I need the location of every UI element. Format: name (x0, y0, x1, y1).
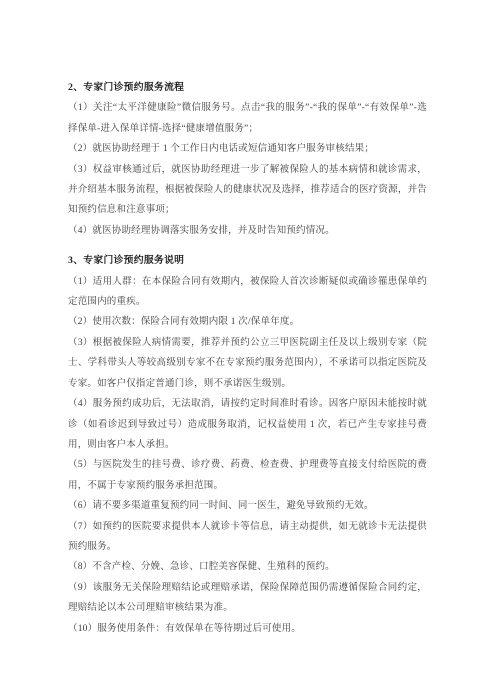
paragraph: （4）服务预约成功后，无法取消，请按约定时间准时看诊。因客户原因未能按时就诊（如… (68, 394, 427, 455)
paragraph: （8）不含产检、分娩、急诊、口腔美容保健、生殖科的预约。 (68, 557, 427, 577)
paragraph: （3）根据被保险人病情需要，推荐并预约公立三甲医院副主任及以上级别专家（院士、学… (68, 333, 427, 394)
paragraph: （2）使用次数：保险合同有效期内限 1 次/保单年度。 (68, 312, 427, 332)
paragraph: （1）关注“太平洋健康险”微信服务号。点击“我的服务”-“我的保单”-“有效保单… (68, 98, 427, 139)
paragraph: （9）该服务无关保险理赔结论或理赔承诺，保险保障范围仍需遵循保险合同约定，理赔结… (68, 578, 427, 619)
section-expert-appointment-process: 2、专家门诊预约服务流程 （1）关注“太平洋健康险”微信服务号。点击“我的服务”… (68, 78, 427, 241)
paragraph: （2）就医协助经理于 1 个工作日内电话或短信通知客户服务审核结果； (68, 139, 427, 159)
section-expert-appointment-notes: 3、专家门诊预约服务说明 （1）适用人群：在本保险合同有效期内，被保险人首次诊断… (68, 251, 427, 639)
section-heading: 3、专家门诊预约服务说明 (68, 251, 427, 271)
paragraph: （6）请不要多渠道重复预约同一时间、同一医生，避免导致预约无效。 (68, 496, 427, 516)
section-heading: 2、专家门诊预约服务流程 (68, 78, 427, 98)
paragraph: （4）就医协助经理协调落实服务安排，并及时告知预约情况。 (68, 221, 427, 241)
paragraph: （5）与医院发生的挂号费、诊疗费、药费、检查费、护理费等直接支付给医院的费用，不… (68, 455, 427, 496)
paragraph: （7）如预约的医院要求提供本人就诊卡等信息，请主动提供，如无就诊卡无法提供预约服… (68, 517, 427, 558)
paragraph: （3）权益审核通过后，就医协助经理进一步了解被保险人的基本病情和就诊需求，并介绍… (68, 160, 427, 221)
document-page: 2、专家门诊预约服务流程 （1）关注“太平洋健康险”微信服务号。点击“我的服务”… (0, 0, 495, 700)
paragraph: （10）服务使用条件：有效保单在等待期过后可使用。 (68, 619, 427, 639)
paragraph: （1）适用人群：在本保险合同有效期内，被保险人首次诊断疑似或确诊罹患保单约定范围… (68, 272, 427, 313)
